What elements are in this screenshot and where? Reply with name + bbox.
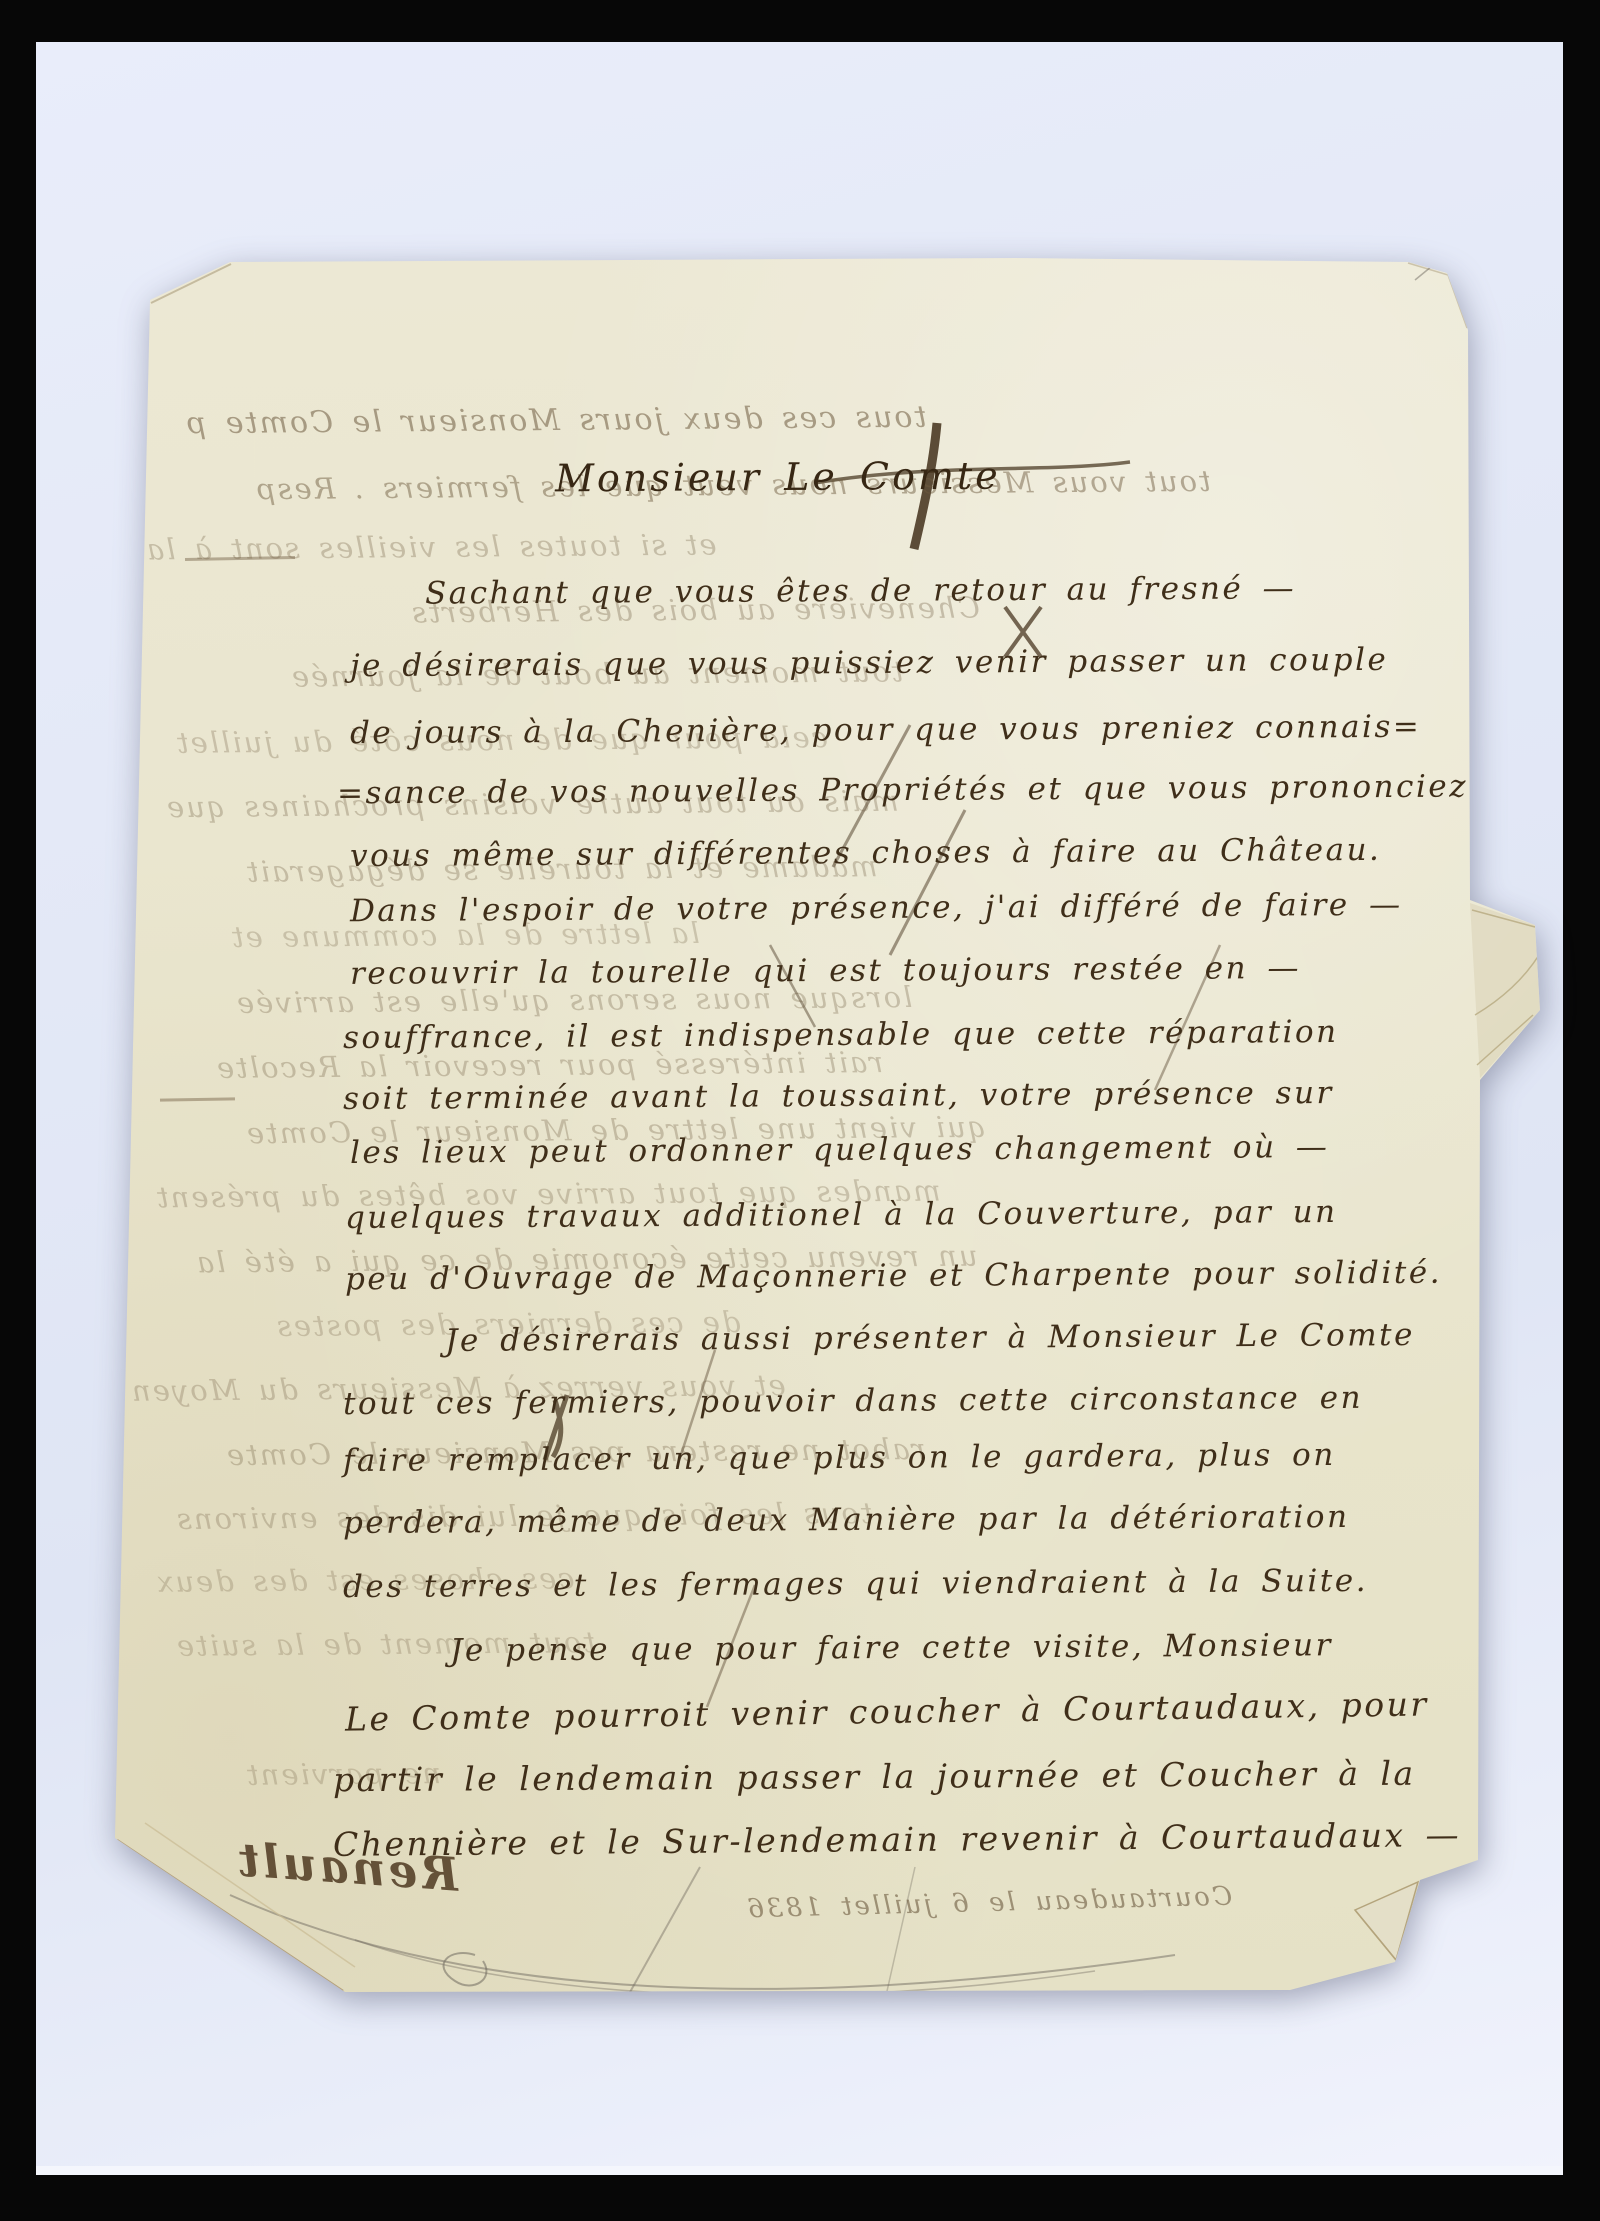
margin-dash — [160, 1097, 235, 1101]
letter-line: souffrance, il est indispensable que cet… — [343, 1014, 1339, 1056]
dateline-bleedthrough: Courtaudeau le 6 juillet 1836 — [745, 1882, 1233, 1925]
letter-line: Le Comte pourroit venir coucher à Courta… — [345, 1684, 1429, 1738]
letter-line: perdera, même de deux Manière par la dét… — [343, 1499, 1350, 1541]
letter-line: tout ces fermiers, pouvoir dans cette ci… — [343, 1380, 1363, 1422]
salutation: Monsieur Le Comte — [555, 454, 1001, 501]
letter-line: les lieux peut ordonner quelques changem… — [350, 1129, 1330, 1171]
letter-line: Dans l'espoir de votre présence, j'ai di… — [350, 887, 1403, 929]
bleedthrough-line: tous ces deux jours Monsieur le Comte p — [185, 400, 927, 441]
bleedthrough-line: et si toutes les vieilles sont à la — [145, 528, 717, 567]
letter-line: partir le lendemain passer la journée et… — [333, 1754, 1416, 1800]
letter-line: Je pense que pour faire cette visite, Mo… — [450, 1627, 1333, 1668]
letter-line: peu d'Ouvrage de Maçonnerie et Charpente… — [345, 1255, 1442, 1298]
letter-line: de jours à la Chenière, pour que vous pr… — [350, 709, 1422, 752]
letter-line: des terres et les fermages qui viendraie… — [343, 1563, 1368, 1605]
letter-line: Je désirerais aussi présenter à Monsieur… — [445, 1317, 1415, 1359]
scan-backdrop: tous ces deux jours Monsieur le Comte p … — [36, 42, 1563, 2175]
photo-black-frame: tous ces deux jours Monsieur le Comte p … — [0, 0, 1600, 2221]
letter-line: vous même sur différentes choses à faire… — [350, 832, 1382, 874]
letter-line: soit terminée avant la toussaint, votre … — [343, 1075, 1334, 1117]
letter-line: recouvrir la tourelle qui est toujours r… — [350, 950, 1301, 992]
letter-line: faire remplacer un, que plus on le garde… — [343, 1437, 1336, 1479]
letter-line: =sance de vos nouvelles Propriétés et qu… — [337, 769, 1468, 812]
letter-line: Chennière et le Sur-lendemain revenir à … — [333, 1815, 1461, 1864]
letter-paper-wrap: tous ces deux jours Monsieur le Comte p … — [115, 255, 1545, 1997]
letter-line: Sachant que vous êtes de retour au fresn… — [425, 570, 1296, 611]
letter-line: je désirerais que vous puissiez venir pa… — [350, 642, 1389, 684]
backdrop-bottom-strip — [36, 2166, 1563, 2175]
letter-paper: tous ces deux jours Monsieur le Comte p … — [115, 255, 1545, 1997]
letter-line: quelques travaux additionel à la Couvert… — [345, 1194, 1338, 1236]
